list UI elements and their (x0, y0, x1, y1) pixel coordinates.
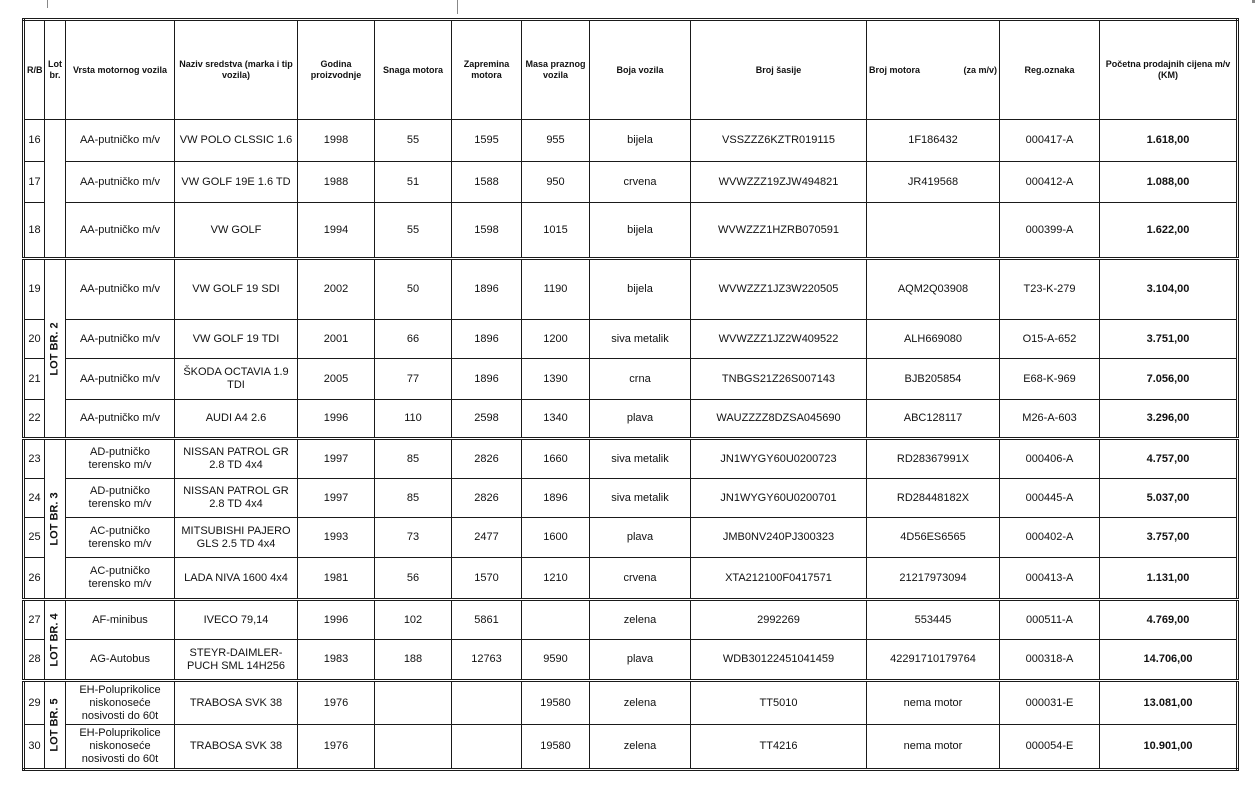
table-row: 20AA-putničko m/vVW GOLF 19 TDI200166189… (24, 320, 1238, 359)
table-row: 26AC-putničko terensko m/vLADA NIVA 1600… (24, 558, 1238, 600)
table-row: 18AA-putničko m/vVW GOLF19945515981015bi… (24, 203, 1238, 259)
registration: O15-A-652 (1000, 320, 1100, 359)
price: 3.757,00 (1100, 518, 1238, 558)
row-number: 17 (24, 162, 45, 203)
year: 1996 (298, 400, 375, 439)
vehicle-type: AA-putničko m/v (66, 359, 175, 400)
power: 188 (375, 640, 452, 681)
color: plava (590, 518, 691, 558)
mass: 1896 (522, 479, 590, 518)
row-number: 29 (24, 681, 45, 725)
scan-artifact (1252, 0, 1255, 3)
vehicle-type: AD-putničko terensko m/v (66, 439, 175, 479)
row-number: 20 (24, 320, 45, 359)
chassis-number: TT4216 (691, 725, 867, 770)
lot-label: LOT BR. 5 (49, 698, 62, 751)
table-row: 19LOT BR. 2AA-putničko m/vVW GOLF 19 SDI… (24, 259, 1238, 320)
year: 1998 (298, 120, 375, 162)
engine-number: RD28448182X (867, 479, 1000, 518)
vehicle-type: EH-Poluprikolice niskonoseće nosivosti d… (66, 681, 175, 725)
power: 50 (375, 259, 452, 320)
vehicle-name: TRABOSA SVK 38 (175, 681, 298, 725)
row-number: 21 (24, 359, 45, 400)
chassis-number: WAUZZZZ8DZSA045690 (691, 400, 867, 439)
engine-number: ABC128117 (867, 400, 1000, 439)
year: 1983 (298, 640, 375, 681)
year: 1994 (298, 203, 375, 259)
power: 66 (375, 320, 452, 359)
table-row: 27LOT BR. 4AF-minibusIVECO 79,1419961025… (24, 600, 1238, 640)
year: 1997 (298, 479, 375, 518)
header-power: Snaga motora (375, 20, 452, 120)
mass: 1200 (522, 320, 590, 359)
registration: 000413-A (1000, 558, 1100, 600)
displacement: 1896 (452, 359, 522, 400)
row-number: 22 (24, 400, 45, 439)
price: 5.037,00 (1100, 479, 1238, 518)
chassis-number: XTA212100F0417571 (691, 558, 867, 600)
chassis-number: WVWZZZ1JZ3W220505 (691, 259, 867, 320)
header-engine: Broj motora (za m/v) (867, 20, 1000, 120)
year: 1988 (298, 162, 375, 203)
engine-number: JR419568 (867, 162, 1000, 203)
table-row: 24AD-putničko terensko m/vNISSAN PATROL … (24, 479, 1238, 518)
year: 1981 (298, 558, 375, 600)
mass: 950 (522, 162, 590, 203)
row-number: 23 (24, 439, 45, 479)
vehicle-name: TRABOSA SVK 38 (175, 725, 298, 770)
header-year: Godina proizvodnje (298, 20, 375, 120)
vehicle-name: VW POLO CLSSIC 1.6 (175, 120, 298, 162)
vehicle-name: LADA NIVA 1600 4x4 (175, 558, 298, 600)
power: 85 (375, 479, 452, 518)
chassis-number: JN1WYGY60U0200723 (691, 439, 867, 479)
row-number: 30 (24, 725, 45, 770)
row-number: 16 (24, 120, 45, 162)
header-row: R/B Lot br. Vrsta motornog vozila Naziv … (24, 20, 1238, 120)
header-engine-label: Broj motora (869, 65, 920, 76)
vehicle-name: VW GOLF 19 TDI (175, 320, 298, 359)
chassis-number: WVWZZZ19ZJW494821 (691, 162, 867, 203)
power: 73 (375, 518, 452, 558)
table-row: 29LOT BR. 5EH-Poluprikolice niskonoseće … (24, 681, 1238, 725)
vehicle-type: AF-minibus (66, 600, 175, 640)
year: 1976 (298, 681, 375, 725)
table-row: 16AA-putničko m/vVW POLO CLSSIC 1.619985… (24, 120, 1238, 162)
displacement: 12763 (452, 640, 522, 681)
color: plava (590, 640, 691, 681)
registration: T23-K-279 (1000, 259, 1100, 320)
color: bijela (590, 120, 691, 162)
displacement: 2826 (452, 439, 522, 479)
registration: 000417-A (1000, 120, 1100, 162)
color: zelena (590, 681, 691, 725)
chassis-number: JMB0NV240PJ300323 (691, 518, 867, 558)
table-row: 17AA-putničko m/vVW GOLF 19E 1.6 TD19885… (24, 162, 1238, 203)
header-mass: Masa praznog vozila (522, 20, 590, 120)
lot-cell (45, 120, 66, 259)
color: siva metalik (590, 439, 691, 479)
displacement: 1896 (452, 259, 522, 320)
color: bijela (590, 259, 691, 320)
vehicle-name: STEYR-DAIMLER-PUCH SML 14H256 (175, 640, 298, 681)
row-number: 19 (24, 259, 45, 320)
engine-number: 42291710179764 (867, 640, 1000, 681)
displacement: 2598 (452, 400, 522, 439)
header-reg: Reg.oznaka (1000, 20, 1100, 120)
engine-number: 4D56ES6565 (867, 518, 1000, 558)
price: 3.104,00 (1100, 259, 1238, 320)
registration: 000406-A (1000, 439, 1100, 479)
price: 1.131,00 (1100, 558, 1238, 600)
mass: 1015 (522, 203, 590, 259)
row-number: 27 (24, 600, 45, 640)
header-price: Početna prodajnih cijena m/v (KM) (1100, 20, 1238, 120)
displacement (452, 681, 522, 725)
row-number: 18 (24, 203, 45, 259)
displacement: 1570 (452, 558, 522, 600)
power: 55 (375, 120, 452, 162)
engine-number: AQM2Q03908 (867, 259, 1000, 320)
vehicle-type: AC-putničko terensko m/v (66, 518, 175, 558)
displacement: 2826 (452, 479, 522, 518)
registration: 000054-E (1000, 725, 1100, 770)
chassis-number: VSSZZZ6KZTR019115 (691, 120, 867, 162)
vehicle-type: AG-Autobus (66, 640, 175, 681)
price: 3.296,00 (1100, 400, 1238, 439)
displacement: 1896 (452, 320, 522, 359)
mass: 9590 (522, 640, 590, 681)
vehicle-type: AC-putničko terensko m/v (66, 558, 175, 600)
price: 1.622,00 (1100, 203, 1238, 259)
displacement: 5861 (452, 600, 522, 640)
registration: 000511-A (1000, 600, 1100, 640)
row-number: 28 (24, 640, 45, 681)
vehicle-name: IVECO 79,14 (175, 600, 298, 640)
power: 110 (375, 400, 452, 439)
lot-label: LOT BR. 2 (49, 322, 62, 375)
vehicle-name: VW GOLF 19 SDI (175, 259, 298, 320)
header-displacement: Zapremina motora (452, 20, 522, 120)
registration: E68-K-969 (1000, 359, 1100, 400)
price: 4.757,00 (1100, 439, 1238, 479)
engine-number (867, 203, 1000, 259)
color: siva metalik (590, 320, 691, 359)
mass: 1390 (522, 359, 590, 400)
lot-cell: LOT BR. 5 (45, 681, 66, 770)
vehicle-type: AA-putničko m/v (66, 400, 175, 439)
header-rb: R/B (24, 20, 45, 120)
engine-number: nema motor (867, 681, 1000, 725)
color: zelena (590, 725, 691, 770)
vehicle-name: AUDI A4 2.6 (175, 400, 298, 439)
mass: 19580 (522, 725, 590, 770)
vehicle-name: VW GOLF 19E 1.6 TD (175, 162, 298, 203)
chassis-number: WVWZZZ1HZRB070591 (691, 203, 867, 259)
power (375, 725, 452, 770)
year: 1997 (298, 439, 375, 479)
price: 13.081,00 (1100, 681, 1238, 725)
vehicle-type: AA-putničko m/v (66, 259, 175, 320)
lot-label: LOT BR. 3 (49, 492, 62, 545)
row-number: 25 (24, 518, 45, 558)
year: 1976 (298, 725, 375, 770)
vehicle-type: AD-putničko terensko m/v (66, 479, 175, 518)
displacement (452, 725, 522, 770)
header-color: Boja vozila (590, 20, 691, 120)
vehicle-type: AA-putničko m/v (66, 320, 175, 359)
registration: 000402-A (1000, 518, 1100, 558)
lot-label: LOT BR. 4 (49, 613, 62, 666)
header-lot: Lot br. (45, 20, 66, 120)
chassis-number: JN1WYGY60U0200701 (691, 479, 867, 518)
mass: 19580 (522, 681, 590, 725)
engine-number: 1F186432 (867, 120, 1000, 162)
price: 14.706,00 (1100, 640, 1238, 681)
power: 85 (375, 439, 452, 479)
vehicle-name: ŠKODA OCTAVIA 1.9 TDI (175, 359, 298, 400)
table-row: 21AA-putničko m/vŠKODA OCTAVIA 1.9 TDI20… (24, 359, 1238, 400)
row-number: 24 (24, 479, 45, 518)
registration: 000445-A (1000, 479, 1100, 518)
engine-number: BJB205854 (867, 359, 1000, 400)
vehicle-table: R/B Lot br. Vrsta motornog vozila Naziv … (22, 18, 1239, 771)
displacement: 1588 (452, 162, 522, 203)
vehicle-type: AA-putničko m/v (66, 203, 175, 259)
displacement: 1595 (452, 120, 522, 162)
engine-number: RD28367991X (867, 439, 1000, 479)
mass: 1190 (522, 259, 590, 320)
mass: 1210 (522, 558, 590, 600)
scan-artifact (47, 0, 48, 8)
chassis-number: TNBGS21Z26S007143 (691, 359, 867, 400)
header-engine-note: (za m/v) (963, 65, 997, 76)
vehicle-name: NISSAN PATROL GR 2.8 TD 4x4 (175, 479, 298, 518)
registration: 000318-A (1000, 640, 1100, 681)
power: 102 (375, 600, 452, 640)
color: crvena (590, 162, 691, 203)
power: 55 (375, 203, 452, 259)
color: plava (590, 400, 691, 439)
price: 10.901,00 (1100, 725, 1238, 770)
chassis-number: TT5010 (691, 681, 867, 725)
engine-number: nema motor (867, 725, 1000, 770)
year: 2002 (298, 259, 375, 320)
price: 4.769,00 (1100, 600, 1238, 640)
price: 3.751,00 (1100, 320, 1238, 359)
mass: 1340 (522, 400, 590, 439)
engine-number: ALH669080 (867, 320, 1000, 359)
chassis-number: 2992269 (691, 600, 867, 640)
table-body: 16AA-putničko m/vVW POLO CLSSIC 1.619985… (24, 120, 1238, 770)
vehicle-type: EH-Poluprikolice niskonoseće nosivosti d… (66, 725, 175, 770)
displacement: 2477 (452, 518, 522, 558)
registration: 000031-E (1000, 681, 1100, 725)
power (375, 681, 452, 725)
lot-cell: LOT BR. 3 (45, 439, 66, 600)
registration: 000412-A (1000, 162, 1100, 203)
mass: 955 (522, 120, 590, 162)
vehicle-name: NISSAN PATROL GR 2.8 TD 4x4 (175, 439, 298, 479)
chassis-number: WVWZZZ1JZ2W409522 (691, 320, 867, 359)
engine-number: 21217973094 (867, 558, 1000, 600)
scan-artifact (457, 0, 458, 14)
header-name: Naziv sredstva (marka i tip vozila) (175, 20, 298, 120)
power: 56 (375, 558, 452, 600)
row-number: 26 (24, 558, 45, 600)
power: 77 (375, 359, 452, 400)
registration: 000399-A (1000, 203, 1100, 259)
table-row: 25AC-putničko terensko m/vMITSUBISHI PAJ… (24, 518, 1238, 558)
price: 1.088,00 (1100, 162, 1238, 203)
mass (522, 600, 590, 640)
color: siva metalik (590, 479, 691, 518)
color: bijela (590, 203, 691, 259)
table-row: 28AG-AutobusSTEYR-DAIMLER-PUCH SML 14H25… (24, 640, 1238, 681)
vehicle-name: MITSUBISHI PAJERO GLS 2.5 TD 4x4 (175, 518, 298, 558)
vehicle-type: AA-putničko m/v (66, 120, 175, 162)
header-type: Vrsta motornog vozila (66, 20, 175, 120)
vehicle-name: VW GOLF (175, 203, 298, 259)
mass: 1660 (522, 439, 590, 479)
registration: M26-A-603 (1000, 400, 1100, 439)
header-chassis: Broj šasije (691, 20, 867, 120)
year: 1993 (298, 518, 375, 558)
power: 51 (375, 162, 452, 203)
year: 2001 (298, 320, 375, 359)
engine-number: 553445 (867, 600, 1000, 640)
year: 1996 (298, 600, 375, 640)
price: 7.056,00 (1100, 359, 1238, 400)
color: crvena (590, 558, 691, 600)
lot-cell: LOT BR. 4 (45, 600, 66, 681)
mass: 1600 (522, 518, 590, 558)
table-row: 30EH-Poluprikolice niskonoseće nosivosti… (24, 725, 1238, 770)
year: 2005 (298, 359, 375, 400)
color: zelena (590, 600, 691, 640)
displacement: 1598 (452, 203, 522, 259)
chassis-number: WDB30122451041459 (691, 640, 867, 681)
table-row: 22AA-putničko m/vAUDI A4 2.6199611025981… (24, 400, 1238, 439)
vehicle-type: AA-putničko m/v (66, 162, 175, 203)
lot-cell: LOT BR. 2 (45, 259, 66, 439)
table-row: 23LOT BR. 3AD-putničko terensko m/vNISSA… (24, 439, 1238, 479)
color: crna (590, 359, 691, 400)
price: 1.618,00 (1100, 120, 1238, 162)
